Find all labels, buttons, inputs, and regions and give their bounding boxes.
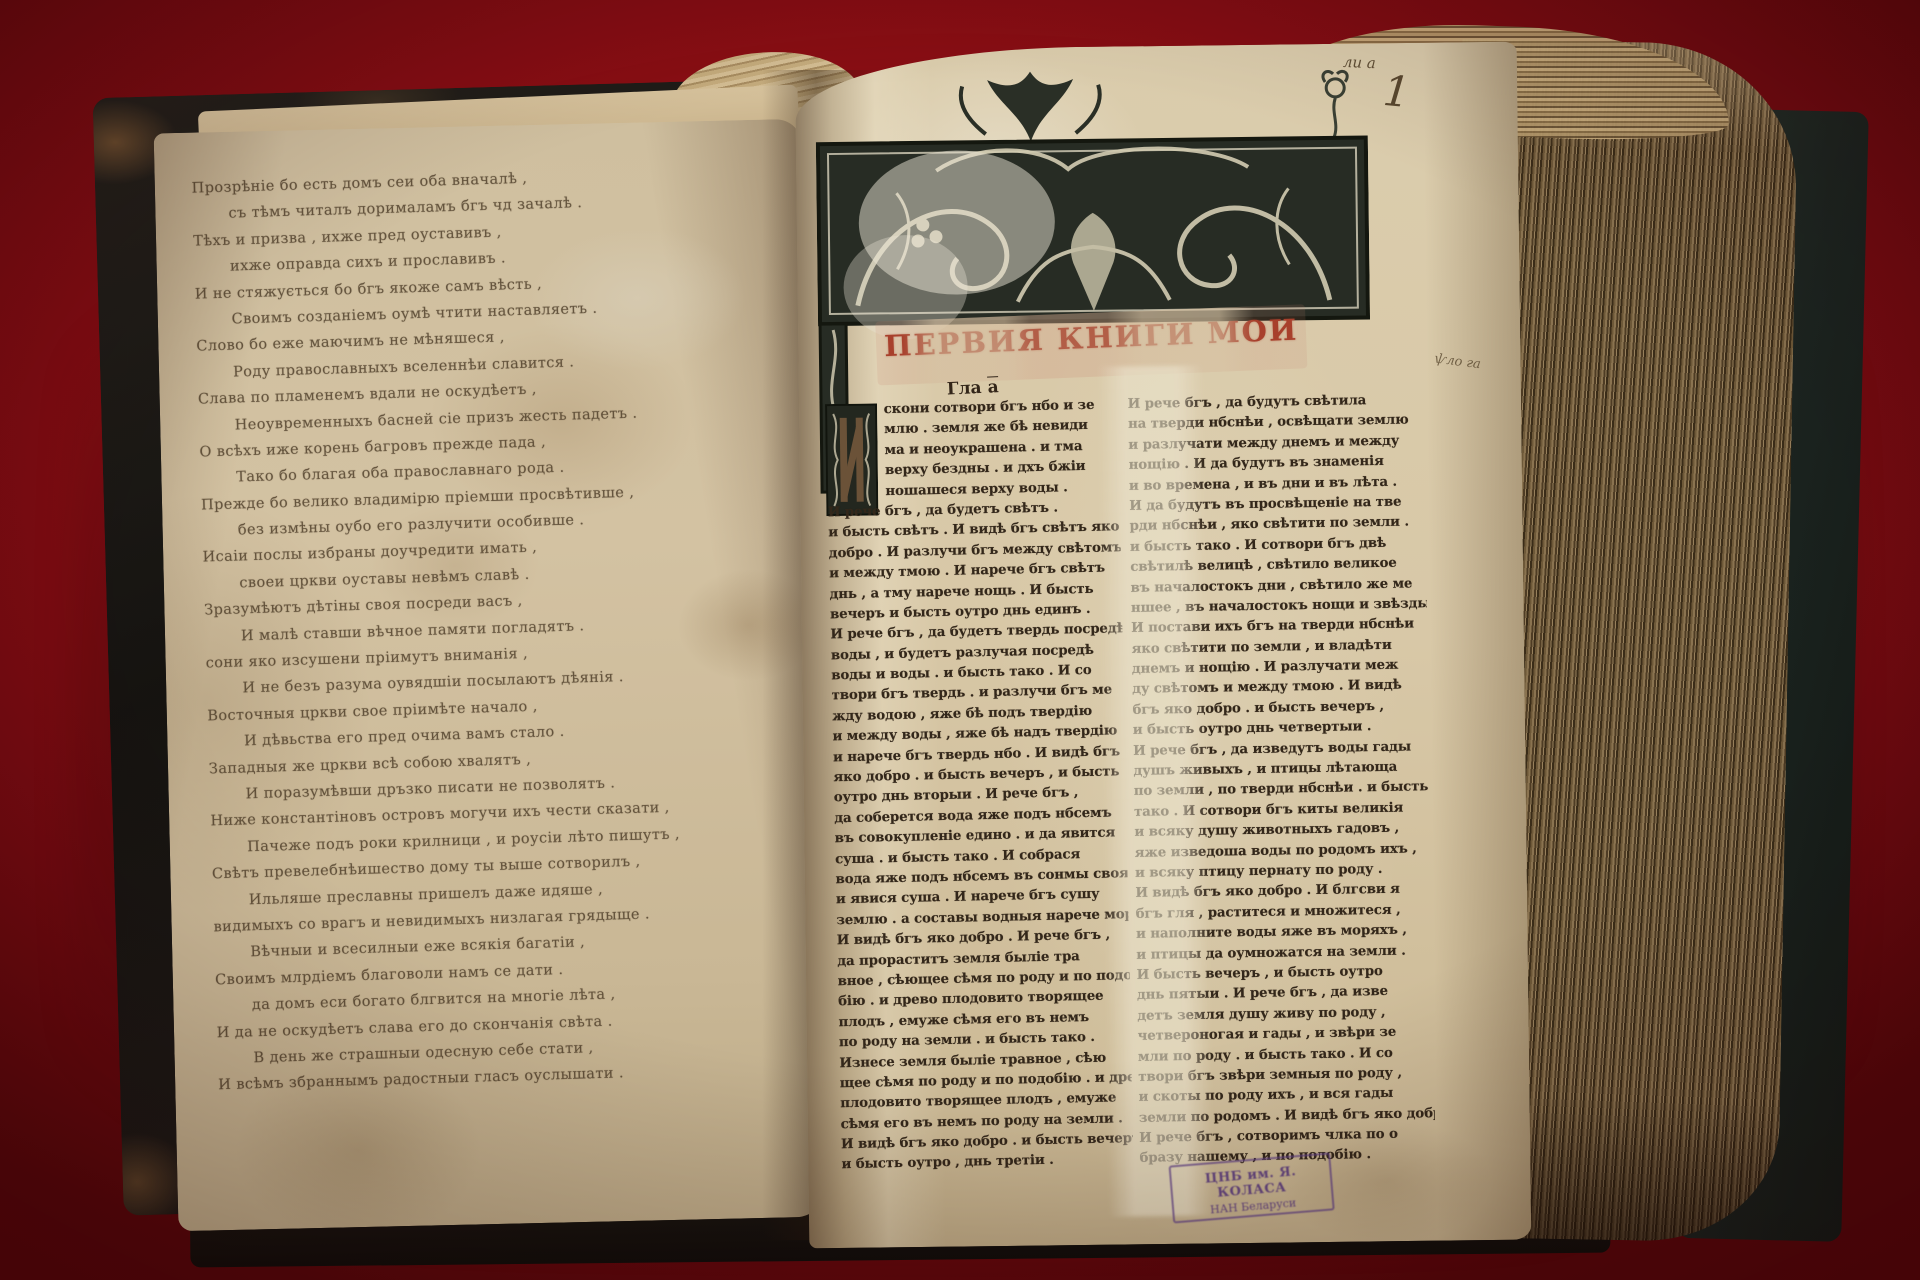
chapter-number: а [987,377,999,397]
chapter-word: Гла [946,378,982,400]
handwritten-corner-inscription: ли а [1343,53,1377,72]
chapter-marker: Глаа [946,377,999,399]
right-page: ПЕРВИЯ КНИГИ МОИСЕОВЫ Глаа И скони сотво… [795,42,1532,1249]
left-page-verse-text: Прозрѣніе бо есть домъ сеи оба вначалѣ ,… [191,164,796,1116]
handwritten-page-number: 1 [1381,66,1412,117]
handwritten-margin-note: ѱло га [1434,351,1482,372]
corner-flower-icon [1323,71,1348,138]
genesis-column-1: скони сотвори бгъ нбо и землю . земля же… [826,397,1134,1193]
photo-open-ancient-book: Прозрѣніе бо есть домъ сеи оба вначалѣ ,… [0,0,1920,1280]
paper-repair-strip [1099,365,1213,1216]
left-page: Прозрѣніе бо есть домъ сеи оба вначалѣ ,… [154,119,827,1231]
library-stamp: ЦНБ им. Я. КОЛАСА НАН Беларуси [1169,1152,1335,1223]
